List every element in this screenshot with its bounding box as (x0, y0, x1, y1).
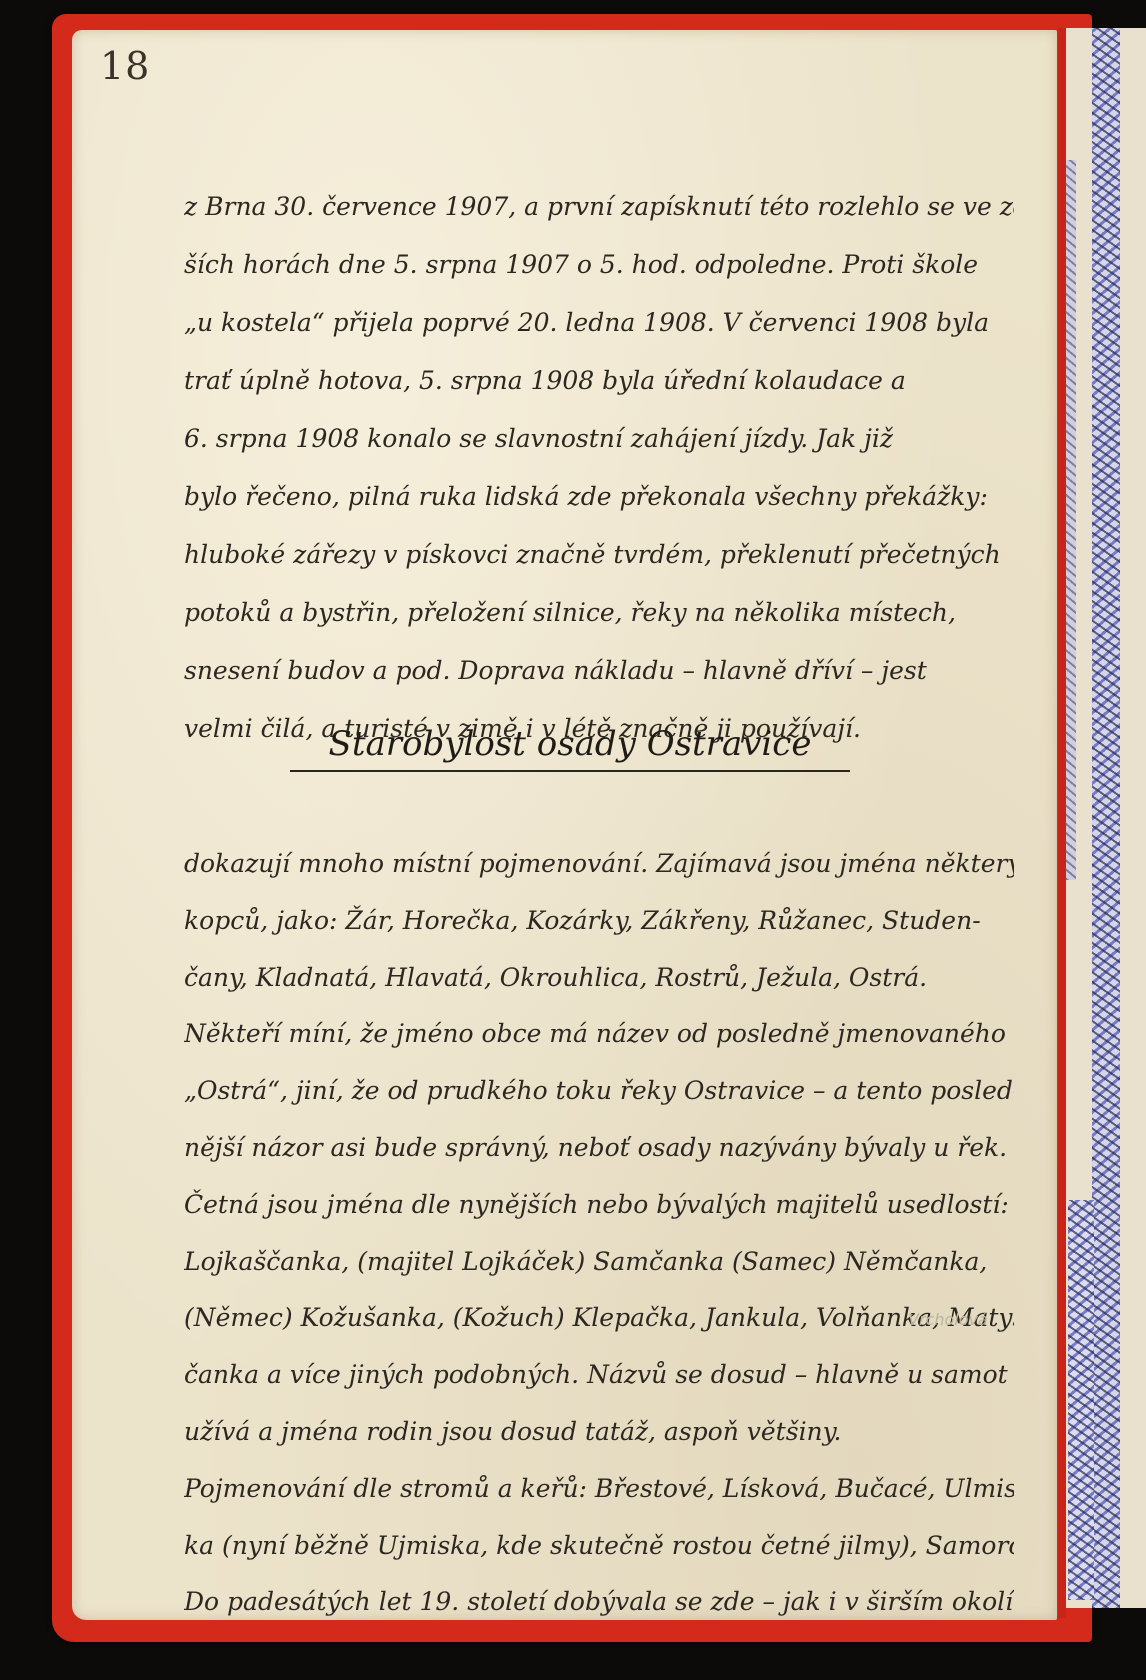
marbled-endpaper-lower (1068, 1200, 1094, 1600)
text-line: čanka a více jiných podobných. Názvů se … (184, 1347, 1014, 1404)
text-line: (Němec) Kožušanka, (Kožuch) Klepačka, Ja… (184, 1290, 1014, 1347)
text-line: Pojmenování dle stromů a keřů: Břestové,… (184, 1461, 1014, 1518)
text-line: užívá a jména rodin jsou dosud tatáž, as… (184, 1404, 1014, 1461)
paragraph-antiquity: dokazují mnoho místní pojmenování. Zajím… (184, 836, 1014, 1631)
text-line: čany, Kladnatá, Hlavatá, Okrouhlica, Ros… (184, 950, 1014, 1007)
page-number: 18 (100, 44, 150, 88)
text-line: snesení budov a pod. Doprava nákladu – h… (184, 642, 1014, 700)
text-line: z Brna 30. července 1907, a první zapísk… (184, 178, 1014, 236)
pencil-margin-note: Vrcholová (908, 1310, 988, 1329)
text-line: ších horách dne 5. srpna 1907 o 5. hod. … (184, 236, 1014, 294)
text-line: trať úplně hotova, 5. srpna 1908 byla úř… (184, 352, 1014, 410)
red-binding-edge (1058, 28, 1066, 1618)
text-line: hluboké zářezy v pískovci značně tvrdém,… (184, 526, 1014, 584)
paragraph-railway: z Brna 30. července 1907, a první zapísk… (184, 178, 1014, 758)
text-line: Někteří míní, že jméno obce má název od … (184, 1006, 1014, 1063)
text-line: bylo řečeno, pilná ruka lidská zde překo… (184, 468, 1014, 526)
text-line: kopců, jako: Žár, Horečka, Kozárky, Zákř… (184, 893, 1014, 950)
manuscript-page: 18 z Brna 30. července 1907, a první zap… (72, 30, 1057, 1620)
text-line: dokazují mnoho místní pojmenování. Zajím… (184, 836, 1014, 893)
text-line: Četná jsou jména dle nynějších nebo býva… (184, 1177, 1014, 1234)
text-line: „Ostrá“, jiní, že od prudkého toku řeky … (184, 1063, 1014, 1120)
marbled-endpaper-strip (1092, 28, 1120, 1608)
text-line: 6. srpna 1908 konalo se slavnostní zaháj… (184, 410, 1014, 468)
text-line: ka (nyní běžně Ujmiska, kde skutečně ros… (184, 1518, 1014, 1575)
text-line: nější názor asi bude správný, neboť osad… (184, 1120, 1014, 1177)
marbled-endpaper-inner (1066, 160, 1076, 880)
section-heading: Starobylost osady Ostravice (290, 724, 850, 772)
text-line: potoků a bystřin, přeložení silnice, řek… (184, 584, 1014, 642)
text-line: Lojkaščanka, (majitel Lojkáček) Samčanka… (184, 1234, 1014, 1291)
text-line: Do padesátých let 19. století dobývala s… (184, 1574, 1014, 1631)
text-line: „u kostela“ přijela poprvé 20. ledna 190… (184, 294, 1014, 352)
